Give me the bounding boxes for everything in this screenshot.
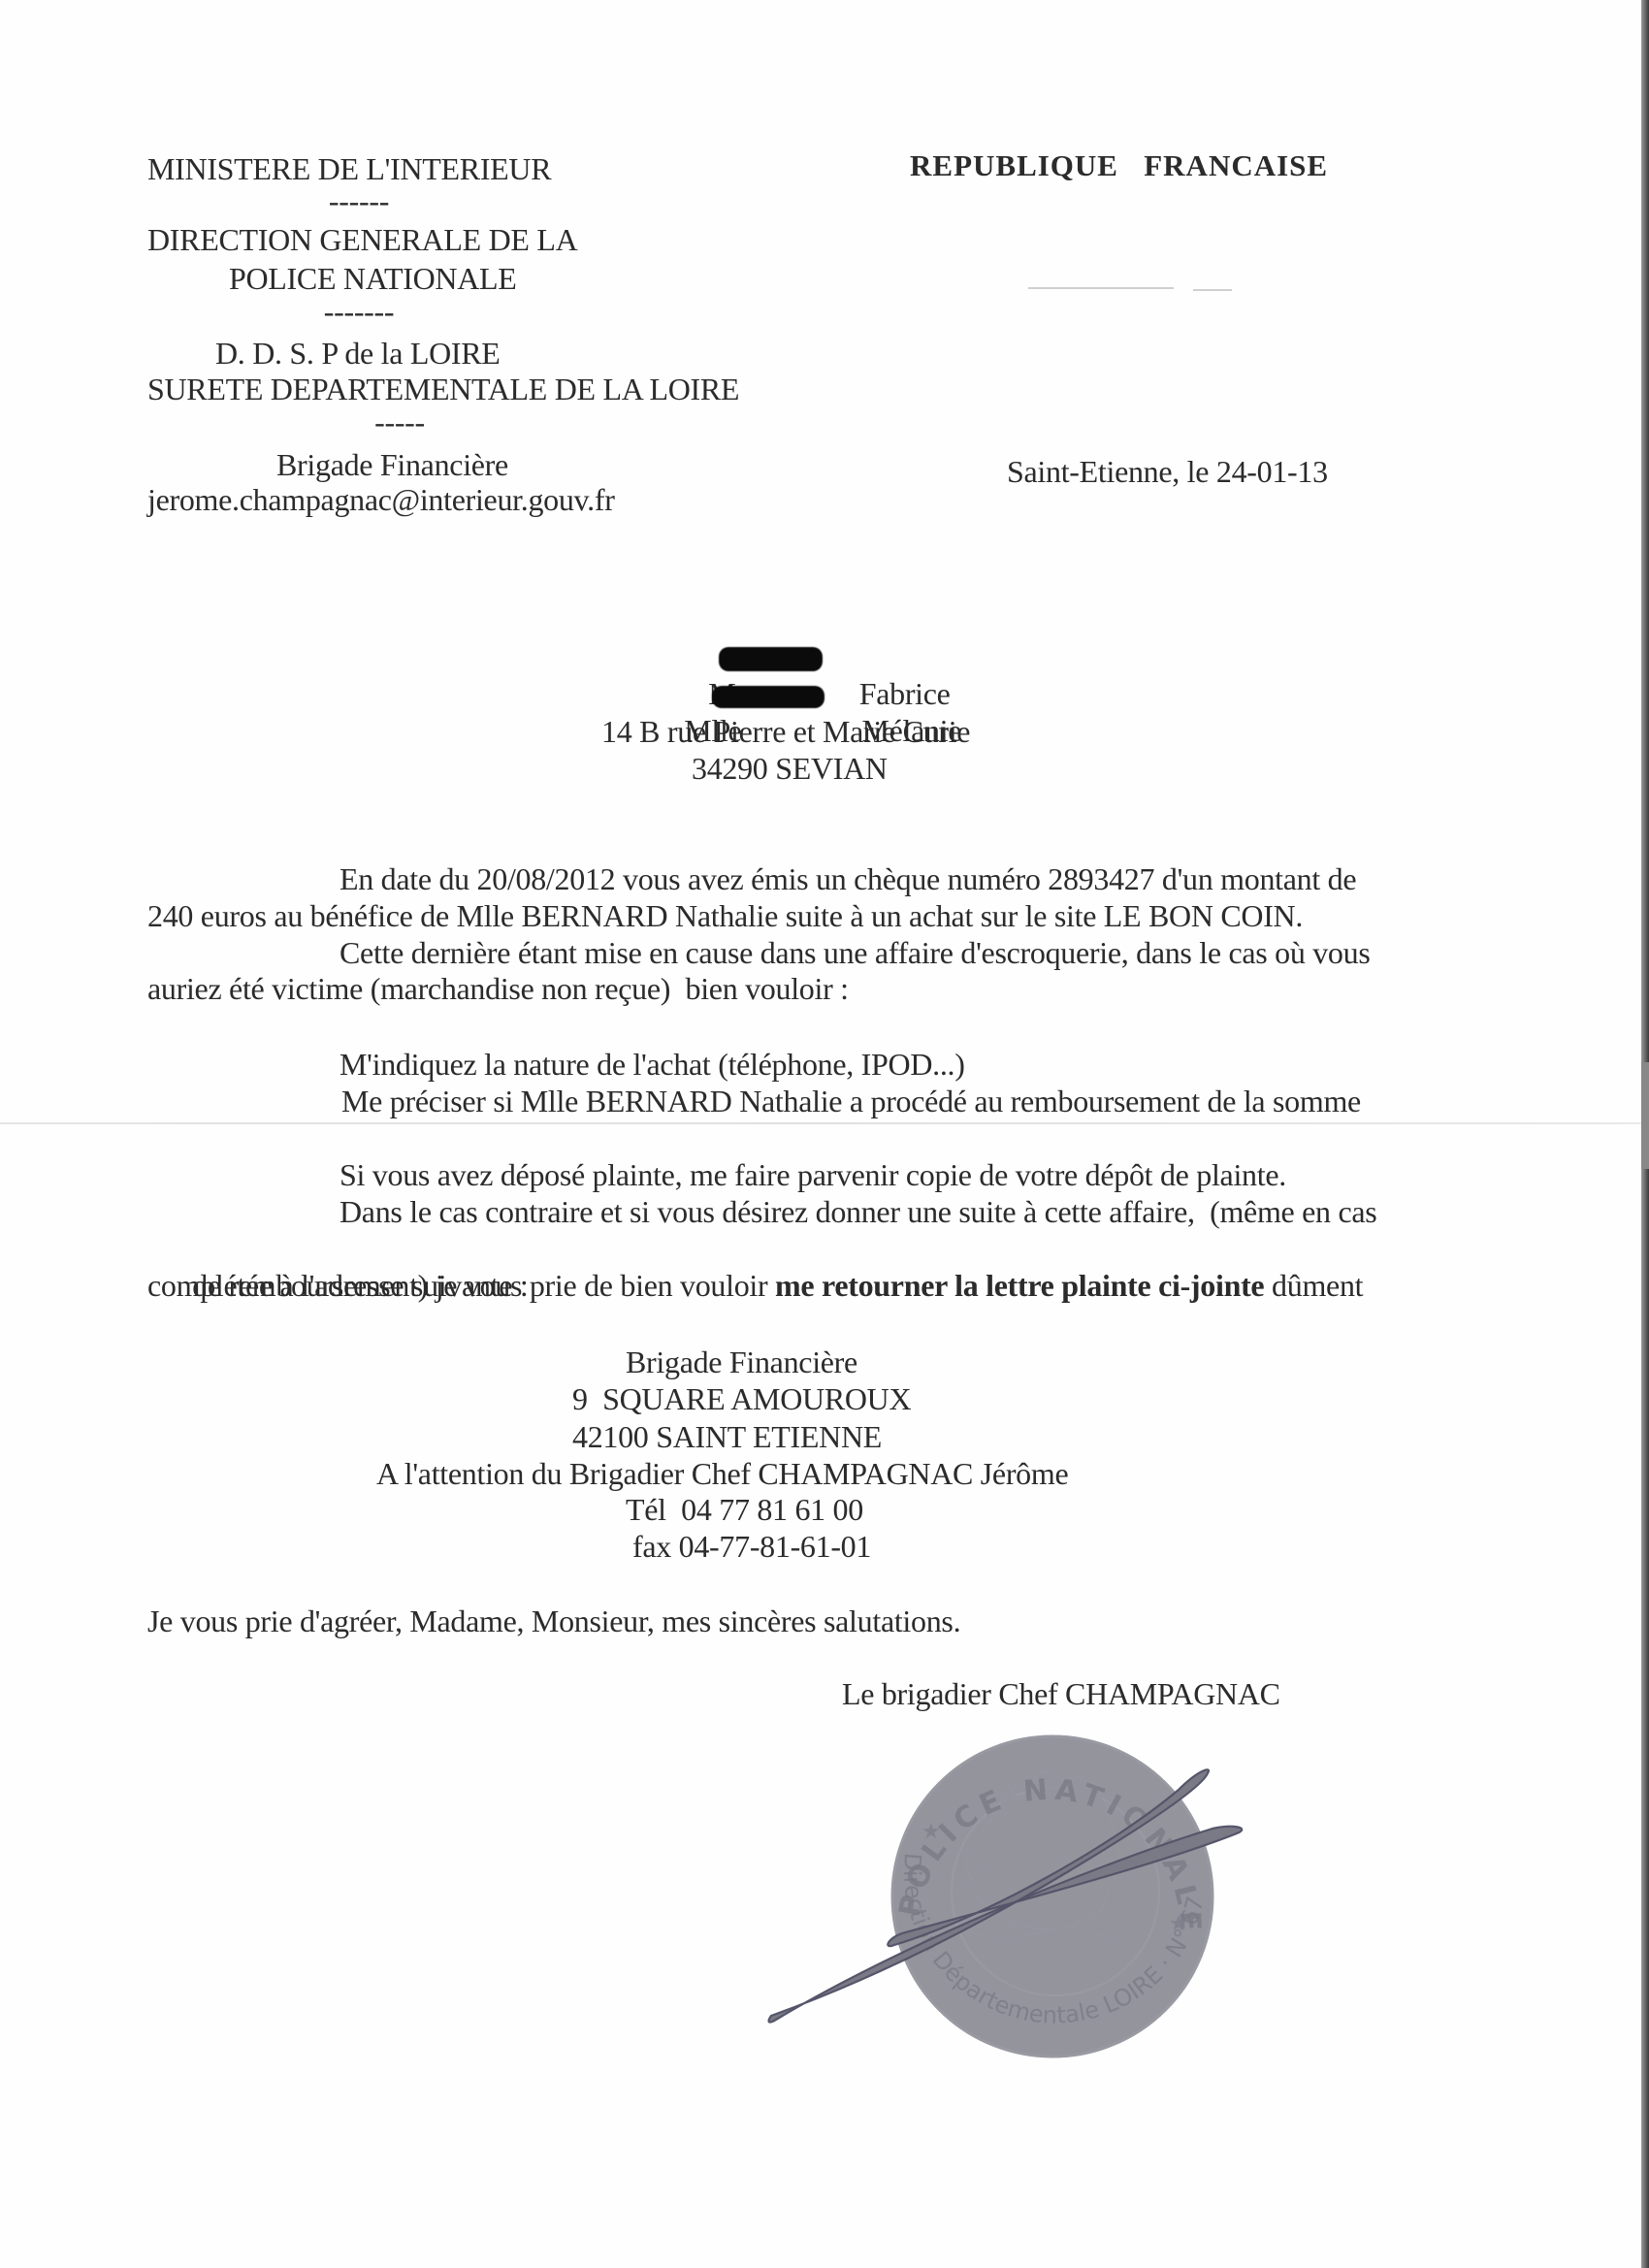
- republic-title: REPUBLIQUE FRANCAISE: [910, 147, 1328, 184]
- scan-smudge: [1193, 289, 1232, 291]
- return-street: 9 SQUARE AMOUROUX: [572, 1380, 911, 1417]
- return-phone: Tél 04 77 81 61 00: [626, 1491, 863, 1528]
- request-item: M'indiquez la nature de l'achat (télépho…: [339, 1046, 965, 1083]
- separator: -------: [324, 293, 395, 330]
- paragraph-line: En date du 20/08/2012 vous avez émis un …: [339, 860, 1356, 897]
- sender-email: jerome.champagnac@interieur.gouv.fr: [147, 481, 615, 518]
- return-fax: fax 04-77-81-61-01: [632, 1528, 871, 1565]
- unit-name: Brigade Financière: [276, 446, 508, 483]
- request-item: Me préciser si Mlle BERNARD Nathalie a p…: [341, 1083, 1361, 1119]
- direction-line-2: POLICE NATIONALE: [229, 260, 517, 297]
- signatory-name: Le brigadier Chef CHAMPAGNAC: [842, 1675, 1280, 1712]
- star-icon: ★: [921, 1819, 941, 1843]
- paper-fold-line: [0, 1122, 1641, 1124]
- closing-formula: Je vous prie d'agréer, Madame, Monsieur,…: [147, 1603, 960, 1639]
- surete-name: SURETE DEPARTEMENTALE DE LA LOIRE: [147, 371, 739, 407]
- direction-line-1: DIRECTION GENERALE DE LA: [147, 221, 577, 258]
- marianne-emblem-icon: [965, 1770, 1120, 1930]
- return-attention: A l'attention du Brigadier Chef CHAMPAGN…: [376, 1455, 1068, 1492]
- scan-edge-highlight: [1641, 1062, 1649, 1169]
- emphasis-text: me retourner la lettre plainte ci-jointe: [775, 1268, 1264, 1303]
- recipient-street: 14 B rue Pierre et Marie Curie: [601, 713, 970, 750]
- separator: -----: [374, 404, 425, 440]
- stamp-outer-ring-icon: [892, 1736, 1212, 2057]
- star-icon: ★: [1169, 1911, 1188, 1935]
- text-run: dûment: [1264, 1268, 1363, 1303]
- scan-smudge: [1028, 287, 1174, 289]
- paragraph-line: 240 euros au bénéfice de Mlle BERNARD Na…: [147, 897, 1303, 934]
- paragraph-line: Cette dernière étant mise en cause dans …: [339, 934, 1370, 971]
- paragraph-line: Dans le cas contraire et si vous désirez…: [339, 1193, 1376, 1230]
- stamp-bottom-text: Direction Départementale LOIRE · N° 67: [898, 1852, 1210, 2028]
- return-unit: Brigade Financière: [626, 1344, 857, 1380]
- ddsp-name: D. D. S. P de la LOIRE: [215, 335, 501, 372]
- paragraph-line: auriez été victime (marchandise non reçu…: [147, 970, 849, 1007]
- letter-page: MINISTERE DE L'INTERIEUR ------ DIRECTIO…: [0, 0, 1649, 2268]
- paragraph-line: Si vous avez déposé plainte, me faire pa…: [339, 1156, 1286, 1193]
- redaction-mark: [712, 686, 824, 708]
- redaction-mark: [719, 647, 823, 671]
- stamp-top-text: POLICE NATIONALE: [892, 1772, 1207, 1937]
- recipient-city: 34290 SEVIAN: [692, 750, 888, 787]
- return-city: 42100 SAINT ETIENNE: [572, 1418, 882, 1455]
- place-and-date: Saint-Etienne, le 24-01-13: [1007, 453, 1328, 490]
- handwritten-signature: [769, 1769, 1243, 2022]
- paragraph-line: complétée à l'adresse suivante :: [147, 1267, 528, 1304]
- stamp-inner-ring-icon: [952, 1788, 1159, 1995]
- separator: ------: [329, 182, 389, 219]
